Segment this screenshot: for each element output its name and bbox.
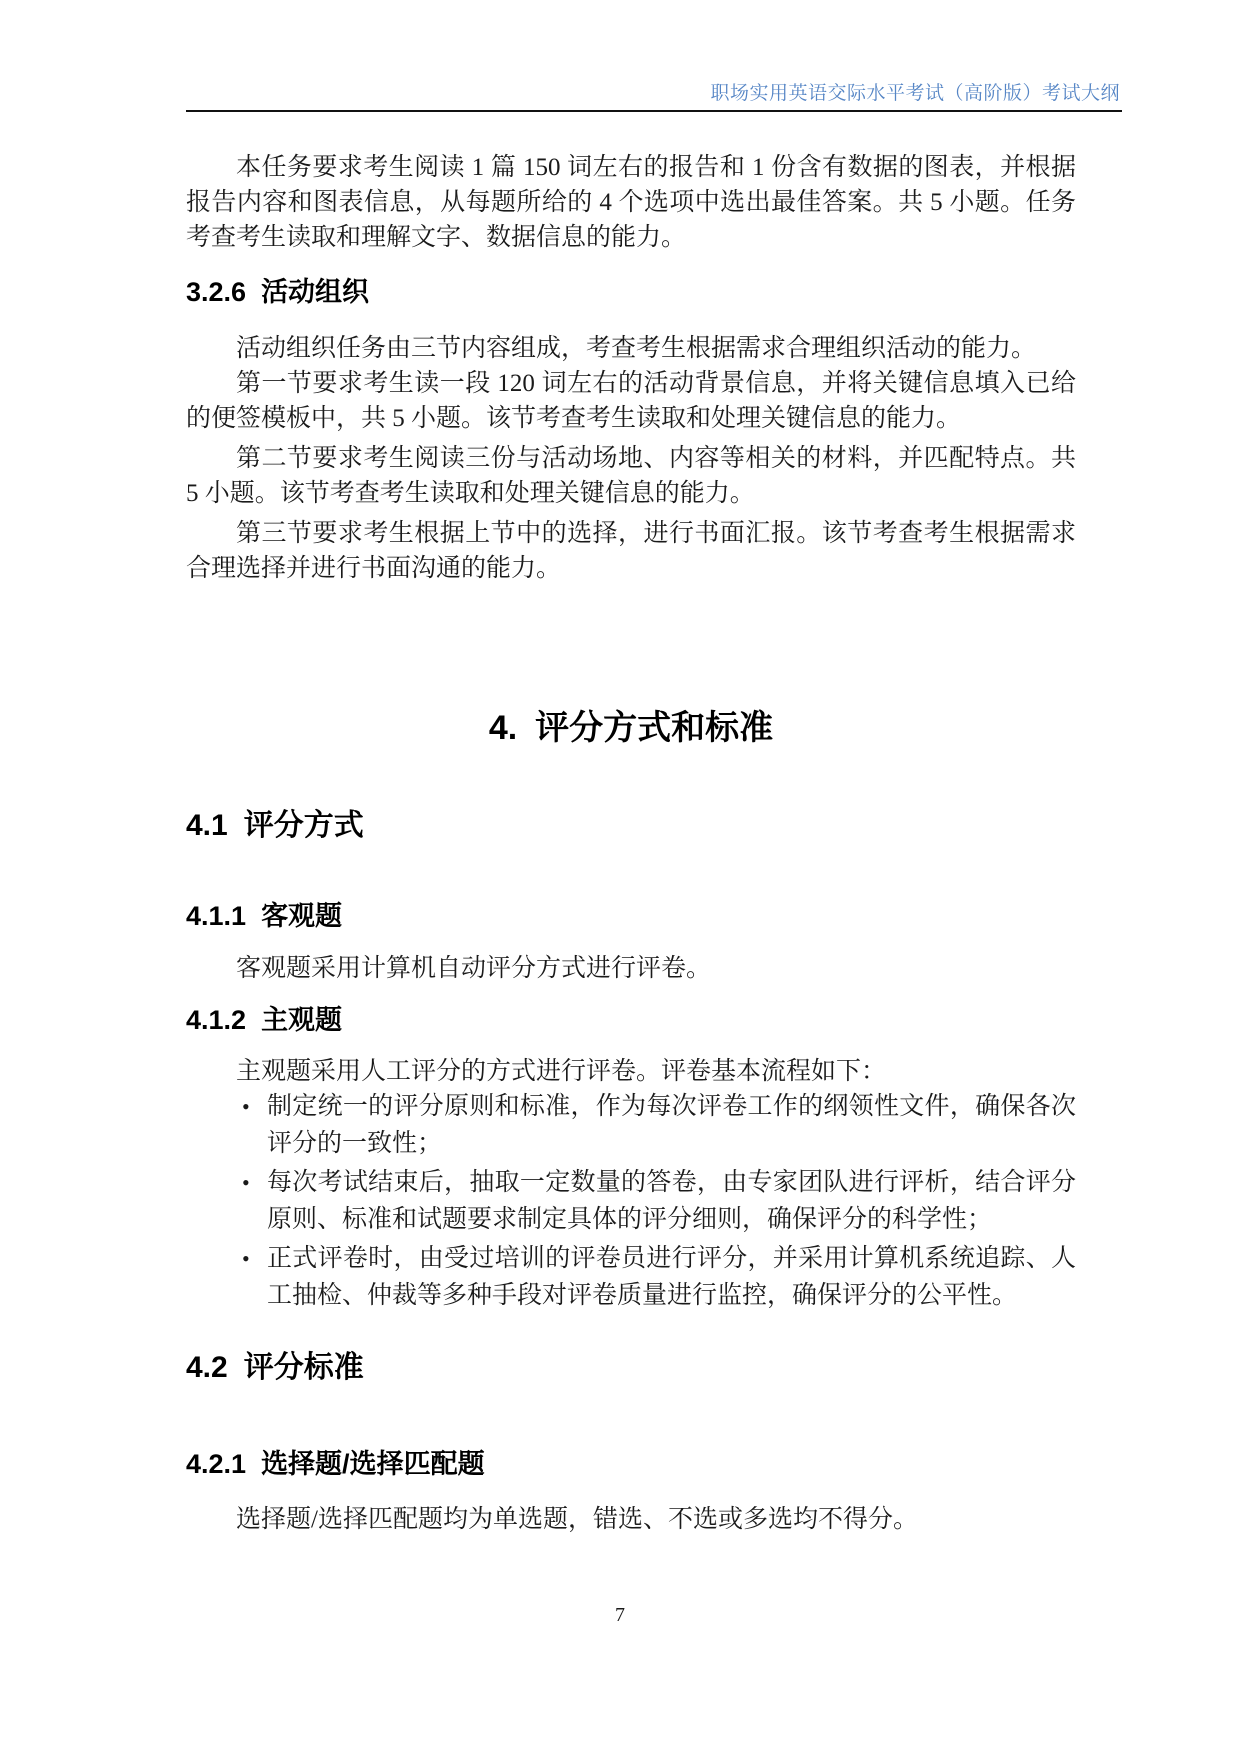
heading-4-1: 4.1评分方式 bbox=[186, 808, 364, 844]
heading-text: 评分标准 bbox=[244, 1351, 364, 1384]
intro-paragraph: 本任务要求考生阅读 1 篇 150 词左右的报告和 1 份含有数据的图表，并根据… bbox=[186, 150, 1076, 255]
list-item: • 每次考试结束后，抽取一定数量的答卷，由专家团队进行评析，结合评分原则、标准和… bbox=[186, 1164, 1076, 1238]
heading-4-1-1: 4.1.1客观题 bbox=[186, 900, 342, 932]
heading-4-2-1: 4.2.1选择题/选择匹配题 bbox=[186, 1448, 485, 1480]
paragraph: 第三节要求考生根据上节中的选择，进行书面汇报。该节考查考生根据需求合理选择并进行… bbox=[186, 516, 1076, 586]
heading-text: 评分方式 bbox=[244, 809, 364, 842]
heading-number: 4.2.1 bbox=[186, 1449, 246, 1479]
heading-4-1-2: 4.1.2主观题 bbox=[186, 1004, 342, 1036]
heading-text: 主观题 bbox=[261, 1005, 342, 1035]
grading-process-list: • 制定统一的评分原则和标准，作为每次评卷工作的纲领性文件，确保各次评分的一致性… bbox=[186, 1088, 1076, 1316]
heading-number: 4.1 bbox=[186, 809, 228, 842]
paragraph: 客观题采用计算机自动评分方式进行评卷。 bbox=[186, 951, 1076, 986]
heading-text: 客观题 bbox=[261, 901, 342, 931]
list-item-text: 制定统一的评分原则和标准，作为每次评卷工作的纲领性文件，确保各次评分的一致性； bbox=[267, 1093, 1076, 1157]
page-header-title: 职场实用英语交际水平考试（高阶版）考试大纲 bbox=[186, 82, 1120, 106]
page-number: 7 bbox=[0, 1603, 1240, 1627]
bullet-icon: • bbox=[242, 1088, 250, 1125]
list-item-text: 每次考试结束后，抽取一定数量的答卷，由专家团队进行评析，结合评分原则、标准和试题… bbox=[267, 1169, 1076, 1233]
bullet-icon: • bbox=[242, 1240, 250, 1277]
heading-text: 评分方式和标准 bbox=[535, 709, 773, 747]
paragraph: 选择题/选择匹配题均为单选题，错选、不选或多选均不得分。 bbox=[186, 1502, 1076, 1537]
heading-number: 3.2.6 bbox=[186, 277, 246, 307]
header-rule bbox=[186, 110, 1122, 112]
heading-text: 选择题/选择匹配题 bbox=[261, 1449, 485, 1479]
paragraph: 第一节要求考生读一段 120 词左右的活动背景信息，并将关键信息填入已给的便签模… bbox=[186, 366, 1076, 436]
heading-number: 4.1.2 bbox=[186, 1005, 246, 1035]
heading-number: 4. bbox=[489, 709, 517, 747]
heading-4-2: 4.2评分标准 bbox=[186, 1350, 364, 1386]
paragraph: 活动组织任务由三节内容组成，考查考生根据需求合理组织活动的能力。 bbox=[186, 331, 1076, 366]
heading-text: 活动组织 bbox=[261, 277, 369, 307]
document-page: 职场实用英语交际水平考试（高阶版）考试大纲 本任务要求考生阅读 1 篇 150 … bbox=[0, 0, 1240, 1753]
bullet-icon: • bbox=[242, 1164, 250, 1201]
heading-4: 4.评分方式和标准 bbox=[186, 708, 1076, 748]
heading-number: 4.1.1 bbox=[186, 901, 246, 931]
list-item-text: 正式评卷时，由受过培训的评卷员进行评分，并采用计算机系统追踪、人工抽检、仲裁等多… bbox=[267, 1245, 1076, 1309]
list-item: • 制定统一的评分原则和标准，作为每次评卷工作的纲领性文件，确保各次评分的一致性… bbox=[186, 1088, 1076, 1162]
heading-3-2-6: 3.2.6活动组织 bbox=[186, 276, 369, 308]
list-item: • 正式评卷时，由受过培训的评卷员进行评分，并采用计算机系统追踪、人工抽检、仲裁… bbox=[186, 1240, 1076, 1314]
heading-number: 4.2 bbox=[186, 1351, 228, 1384]
paragraph: 主观题采用人工评分的方式进行评卷。评卷基本流程如下： bbox=[186, 1054, 1076, 1089]
paragraph: 第二节要求考生阅读三份与活动场地、内容等相关的材料，并匹配特点。共 5 小题。该… bbox=[186, 441, 1076, 511]
